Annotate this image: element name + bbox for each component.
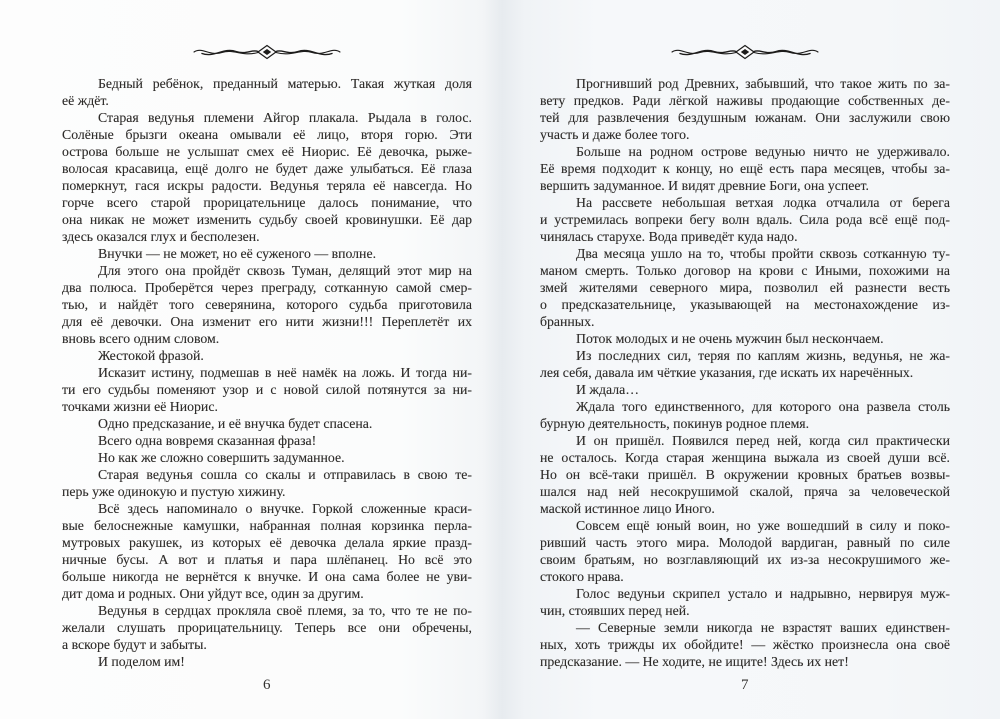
page-number: 7 xyxy=(540,677,950,694)
text-line: Прогнивший род Древних, забывший, что та… xyxy=(540,75,950,92)
paragraph: Ждала того единственного, для которого о… xyxy=(540,398,950,432)
page-right: Прогнивший род Древних, забывший, что та… xyxy=(500,0,1000,719)
paragraph: Всего одна вовремя сказанная фраза! xyxy=(62,432,472,449)
paragraph: Для этого она пройдёт сквозь Туман, деля… xyxy=(62,262,472,347)
text-line: — Северные земли никогда не взрастят ваш… xyxy=(540,619,950,636)
paragraph: Старая ведунья сошла со скалы и отправил… xyxy=(62,466,472,500)
text-line: её ждёт. xyxy=(62,92,472,109)
paragraph: Внучки — не может, но её суженого — впол… xyxy=(62,245,472,262)
text-line: маской истинное лицо Иного. xyxy=(540,500,950,517)
text-line: Всё здесь напоминало о внучке. Горкой сл… xyxy=(62,500,472,517)
text-line: На рассвете небольшая ветхая лодка отчал… xyxy=(540,194,950,211)
text-line: не осталось. Когда старая женщина выжала… xyxy=(540,449,950,466)
text-line: Но как же сложно совершить задуманное. xyxy=(62,449,472,466)
text-line: Её время подходит к концу, но ещё есть п… xyxy=(540,160,950,177)
text-line: Совсем ещё юный воин, но уже вошедший в … xyxy=(540,517,950,534)
text-line: вновь всего одним словом. xyxy=(62,330,472,347)
text-line: Одно предсказание, и её внучка будет спа… xyxy=(62,415,472,432)
text-line: померкнут, гася искры радости. Ведунья т… xyxy=(62,177,472,194)
text-line: И он пришёл. Появился перед ней, когда с… xyxy=(540,432,950,449)
text-line: волосая красавица, ещё долго не будет да… xyxy=(62,160,472,177)
flourish-divider-icon xyxy=(62,42,472,62)
text-line: а вскоре будут и забыты. xyxy=(62,636,472,653)
paragraph: Два месяца ушло на то, чтобы пройти скво… xyxy=(540,245,950,330)
paragraph: Поток молодых и не очень мужчин был неск… xyxy=(540,330,950,347)
page-left: Бедный ребёнок, преданный матерью. Такая… xyxy=(0,0,500,719)
text-line: здесь оказался глух и бесполезен. xyxy=(62,228,472,245)
text-line: острова больше не услышат смех её Ниорис… xyxy=(62,143,472,160)
text-line: Ждала того единственного, для которого о… xyxy=(540,398,950,415)
paragraph: На рассвете небольшая ветхая лодка отчал… xyxy=(540,194,950,245)
paragraph: Но как же сложно совершить задуманное. xyxy=(62,449,472,466)
text-line: И ждала… xyxy=(540,381,950,398)
text-line: маном смерть. Только договор на крови с … xyxy=(540,262,950,279)
text-line: Всего одна вовремя сказанная фраза! xyxy=(62,432,472,449)
text-line: желали слушать прорицательницу. Теперь в… xyxy=(62,619,472,636)
text-line: ных, хоть трижды их обойдите! — жёстко п… xyxy=(540,636,950,653)
text-line: Больше на родном острове ведунью ничто н… xyxy=(540,143,950,160)
text-line: вые белоснежные камушки, набранная полна… xyxy=(62,517,472,534)
paragraph: — Северные земли никогда не взрастят ваш… xyxy=(540,619,950,670)
text-line: тей для развлечения бездушным южанам. Он… xyxy=(540,109,950,126)
text-line: чин, стоявших перед ней. xyxy=(540,602,950,619)
paragraph: Бедный ребёнок, преданный матерью. Такая… xyxy=(62,75,472,109)
text-line: Поток молодых и не очень мужчин был неск… xyxy=(540,330,950,347)
book-spread: Бедный ребёнок, преданный матерью. Такая… xyxy=(0,0,1000,719)
text-line: Голос ведуньи скрипел устало и надрывно,… xyxy=(540,585,950,602)
text-line: точками жизни её Ниорис. xyxy=(62,398,472,415)
page-text-column: Бедный ребёнок, преданный матерью. Такая… xyxy=(62,75,472,670)
paragraph: И поделом им! xyxy=(62,653,472,670)
text-line: Солёные брызги океана омывали её лицо, в… xyxy=(62,126,472,143)
text-line: предсказание. — Не ходите, не ищите! Зде… xyxy=(540,653,950,670)
text-line: о предсказательнице, указывающей на мест… xyxy=(540,296,950,313)
text-line: Два месяца ушло на то, чтобы пройти скво… xyxy=(540,245,950,262)
text-line: перь уже одинокую и пустую хижину. xyxy=(62,483,472,500)
flourish-divider-icon xyxy=(540,42,950,62)
text-line: два полюса. Проберётся через преграду, с… xyxy=(62,279,472,296)
text-line: она никак не может изменить судьбу своей… xyxy=(62,211,472,228)
text-line: своим братьям, но возглавляющий их из-за… xyxy=(540,551,950,568)
text-line: бранных. xyxy=(540,313,950,330)
text-line: мутровых ракушек, из которых её девочка … xyxy=(62,534,472,551)
text-line: Для этого она пройдёт сквозь Туман, деля… xyxy=(62,262,472,279)
text-line: шался над ней несокрушимой скалой, пряча… xyxy=(540,483,950,500)
text-line: бурную деятельность, покинув родное плем… xyxy=(540,415,950,432)
text-line: Ведунья в сердцах прокляла своё племя, з… xyxy=(62,602,472,619)
paragraph: И он пришёл. Появился перед ней, когда с… xyxy=(540,432,950,517)
paragraph: Голос ведуньи скрипел устало и надрывно,… xyxy=(540,585,950,619)
text-line: для её девочки. Она изменит его нити жиз… xyxy=(62,313,472,330)
paragraph: Совсем ещё юный воин, но уже вошедший в … xyxy=(540,517,950,585)
text-line: дит дома и родных. Они уйдут все, один з… xyxy=(62,585,472,602)
paragraph: Прогнивший род Древних, забывший, что та… xyxy=(540,75,950,143)
text-line: тью, и найдёт того северянина, которого … xyxy=(62,296,472,313)
text-line: чинялась старухе. Вода приведёт куда над… xyxy=(540,228,950,245)
paragraph: Исказит истину, подмешав в неё намёк на … xyxy=(62,364,472,415)
text-line: ничные бусы. А вот и платья и пара шлёпа… xyxy=(62,551,472,568)
text-line: Но он всё-таки пришёл. В окружении кровн… xyxy=(540,466,950,483)
text-line: горче всего старой прорицательнице далос… xyxy=(62,194,472,211)
text-line: Внучки — не может, но её суженого — впол… xyxy=(62,245,472,262)
page-text-column: Прогнивший род Древних, забывший, что та… xyxy=(540,75,950,670)
text-line: И поделом им! xyxy=(62,653,472,670)
text-line: Из последних сил, теряя по каплям жизнь,… xyxy=(540,347,950,364)
page-number: 6 xyxy=(62,677,472,694)
text-line: змей жителями северного мира, позволил е… xyxy=(540,279,950,296)
text-line: Бедный ребёнок, преданный матерью. Такая… xyxy=(62,75,472,92)
text-line: Старая ведунья сошла со скалы и отправил… xyxy=(62,466,472,483)
paragraph: Ведунья в сердцах прокляла своё племя, з… xyxy=(62,602,472,653)
text-line: Жестокой фразой. xyxy=(62,347,472,364)
text-line: Старая ведунья племени Айгор плакала. Ры… xyxy=(62,109,472,126)
paragraph: Старая ведунья племени Айгор плакала. Ры… xyxy=(62,109,472,245)
text-line: больше никогда не вернётся к внучке. И о… xyxy=(62,568,472,585)
text-line: и устремилась вопреки бегу волн вдаль. С… xyxy=(540,211,950,228)
text-line: вершить задуманное. И видят древние Боги… xyxy=(540,177,950,194)
paragraph: И ждала… xyxy=(540,381,950,398)
paragraph: Жестокой фразой. xyxy=(62,347,472,364)
paragraph: Одно предсказание, и её внучка будет спа… xyxy=(62,415,472,432)
text-line: ти его судьбы поменяют узор и с новой си… xyxy=(62,381,472,398)
text-line: Исказит истину, подмешав в неё намёк на … xyxy=(62,364,472,381)
text-line: лея себя, давала им чёткие указания, где… xyxy=(540,364,950,381)
paragraph: Из последних сил, теряя по каплям жизнь,… xyxy=(540,347,950,381)
paragraph: Всё здесь напоминало о внучке. Горкой сл… xyxy=(62,500,472,602)
text-line: стокого нрава. xyxy=(540,568,950,585)
text-line: ривший часть этого мира. Молодой вардига… xyxy=(540,534,950,551)
paragraph: Больше на родном острове ведунью ничто н… xyxy=(540,143,950,194)
text-line: участь и даже более того. xyxy=(540,126,950,143)
text-line: вету предков. Ради лёгкой наживы продающ… xyxy=(540,92,950,109)
